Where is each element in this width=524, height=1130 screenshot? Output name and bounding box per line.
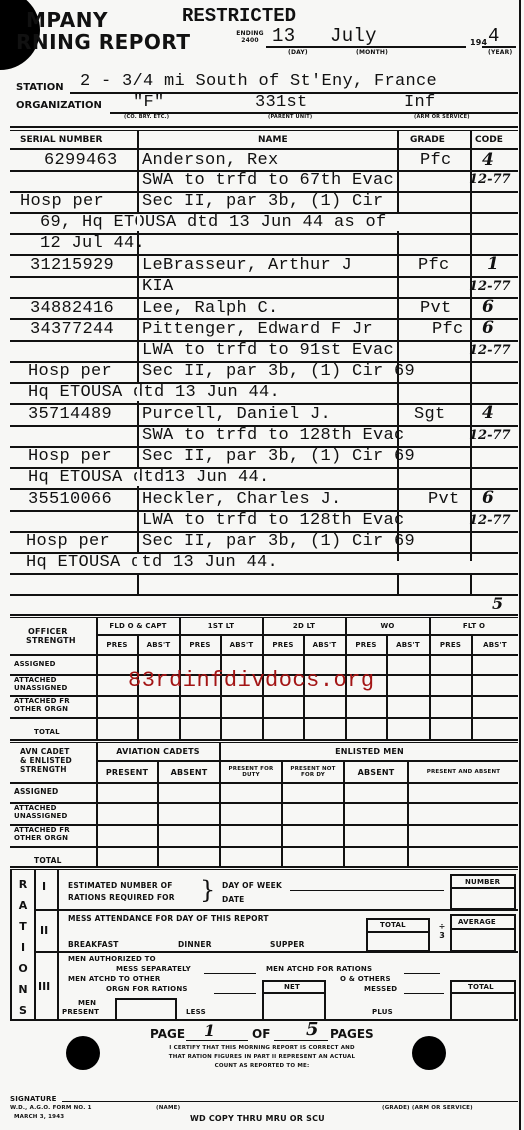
men-atchd-other-line2: ORGN FOR RATIONS bbox=[106, 985, 188, 993]
net-box-rule bbox=[262, 992, 324, 994]
roster-name: Lee, Ralph C. bbox=[142, 299, 279, 318]
officer-top-rule-2 bbox=[10, 617, 518, 618]
roster-col-divider-2b bbox=[397, 574, 399, 594]
roster-grade: Pfc bbox=[418, 256, 450, 275]
officer-row-attached-fr-other-orgn: ATTACHED FR OTHER ORGN bbox=[14, 697, 94, 713]
station-value: 2 - 3/4 mi South of St'Eny, France bbox=[80, 72, 437, 91]
officer-subcol-pres: PRES bbox=[346, 637, 386, 653]
cadet-col-present: PRESENT bbox=[97, 762, 157, 782]
rations-letter: I bbox=[16, 937, 30, 958]
org-caption-arm: (ARM OR SERVICE) bbox=[414, 114, 470, 120]
mess-attendance-title: MESS ATTENDANCE FOR DAY OF THIS REPORT bbox=[68, 914, 269, 923]
roster-remark-left: 12 Jul 44. bbox=[40, 234, 145, 253]
form-number: W.D., A.G.O. FORM NO. 1 bbox=[10, 1105, 92, 1111]
roster-top-rule-2 bbox=[10, 130, 518, 131]
roster-remark-full: 69, Hq ETOUSA dtd 13 Jun 44 as of bbox=[40, 213, 387, 232]
cadet-col-absent: ABSENT bbox=[159, 762, 219, 782]
classification-stamp: RESTRICTED bbox=[182, 5, 296, 27]
enlisted-label-line1: AVN CADET bbox=[20, 747, 72, 756]
ending-label: ENDING 2400 bbox=[236, 30, 264, 44]
grade-caption: (GRADE) (ARM OR SERVICE) bbox=[382, 1105, 473, 1111]
officer-top-rule bbox=[10, 614, 518, 616]
col-code: CODE bbox=[475, 135, 503, 145]
officer-strength-label-1: OFFICER bbox=[28, 627, 68, 636]
roster-name: LeBrasseur, Arthur J bbox=[142, 256, 352, 275]
atchd-rations-line bbox=[404, 973, 440, 974]
total-rations-box-rule bbox=[450, 992, 514, 994]
less-label: LESS bbox=[186, 1008, 206, 1016]
number-box-rule bbox=[450, 887, 514, 889]
men-present-box[interactable] bbox=[115, 998, 177, 1021]
enlisted-col-present-for-duty: PRESENT FOR DUTY bbox=[221, 762, 281, 782]
day-of-week-line bbox=[290, 890, 444, 891]
roster-remark: Sec II, par 3b, (1) Cir 69 bbox=[142, 532, 415, 551]
org-caption-company: (CO. BRY. ETC.) bbox=[124, 114, 169, 120]
year-underline bbox=[482, 46, 516, 48]
officer-subcol-pres: PRES bbox=[263, 637, 303, 653]
roster-remark-full: Hq ETOUSA dtd13 Jun 44. bbox=[28, 468, 270, 487]
enlisted-row-rule bbox=[10, 782, 518, 784]
signature-line[interactable] bbox=[62, 1101, 518, 1102]
officer-row-total: TOTAL bbox=[34, 728, 60, 736]
copy-note: WD COPY THRU MRU OR SCU bbox=[190, 1114, 325, 1123]
organization-label: ORGANIZATION bbox=[16, 100, 102, 111]
roster-remark: Sec II, par 3b, (1) Cir 69 bbox=[142, 362, 415, 381]
roster-code: 12-77 bbox=[469, 428, 511, 443]
roster-name: Anderson, Rex bbox=[142, 151, 279, 170]
roster-remark: KIA bbox=[142, 277, 174, 296]
day-caption: (DAY) bbox=[288, 49, 308, 56]
col-grade: GRADE bbox=[410, 135, 445, 145]
officer-subcol-abst: ABS'T bbox=[387, 637, 429, 653]
roster-code: 12-77 bbox=[469, 172, 511, 187]
supper-label: SUPPER bbox=[270, 940, 305, 949]
gap bbox=[0, 596, 524, 614]
section-numeral-iii: III bbox=[38, 980, 50, 993]
of-label: OF bbox=[252, 1027, 270, 1041]
roster-code: 12-77 bbox=[469, 513, 511, 528]
roster-remark-full: Hq ETOUSA dtd 13 Jun 44. bbox=[26, 553, 278, 572]
roster-serial: 6299463 bbox=[44, 151, 118, 170]
signature-label: SIGNATURE bbox=[10, 1095, 57, 1103]
date-label: DATE bbox=[222, 895, 245, 904]
rations-letter: R bbox=[16, 874, 30, 895]
roster-row-rule bbox=[10, 276, 518, 278]
roster-grade: Pfc bbox=[420, 151, 452, 170]
date-underline bbox=[266, 46, 466, 48]
year-caption: (YEAR) bbox=[488, 49, 512, 56]
officer-row-rule bbox=[10, 654, 518, 656]
officer-bottom-rule bbox=[10, 739, 518, 741]
rations-letter: O bbox=[16, 958, 30, 979]
roster-serial: 34377244 bbox=[30, 320, 114, 339]
enlisted-bottom-rule bbox=[10, 866, 518, 868]
officer-subcol-abst: ABS'T bbox=[221, 637, 262, 653]
roster-grade: Sgt bbox=[414, 405, 446, 424]
enlisted-label-line3: STRENGTH bbox=[20, 765, 72, 774]
rations-estimated-line2: RATIONS REQUIRED FOR bbox=[68, 893, 175, 902]
officer-group-flt-o: FLT O bbox=[430, 619, 518, 633]
dinner-label: DINNER bbox=[178, 940, 212, 949]
roster-header-rule bbox=[10, 148, 518, 150]
officer-row-assigned: ASSIGNED bbox=[14, 660, 56, 668]
section-numeral-ii: II bbox=[40, 924, 48, 937]
roster-code: 4 bbox=[482, 403, 494, 423]
others-messed-line bbox=[404, 993, 444, 994]
net-label: NET bbox=[284, 983, 300, 991]
officer-row-rule bbox=[10, 717, 518, 719]
roster-remark-left: Hosp per bbox=[26, 532, 110, 551]
men-atchd-other-line1: MEN ATCHD TO OTHER bbox=[68, 975, 160, 983]
punch-hole-bottom-right bbox=[412, 1036, 446, 1070]
month-caption: (MONTH) bbox=[356, 49, 388, 56]
roster-col-divider-3b bbox=[470, 574, 472, 594]
officer-strength-label-2: STRENGTH bbox=[26, 636, 76, 645]
page-number: 1 bbox=[204, 1021, 215, 1040]
total-rations-label: TOTAL bbox=[468, 983, 494, 991]
page-label: PAGE bbox=[150, 1027, 185, 1041]
report-month: July bbox=[330, 25, 377, 47]
page-number-line bbox=[186, 1040, 248, 1041]
gap bbox=[137, 469, 140, 486]
roster-code: 6 bbox=[482, 488, 494, 508]
total-label: TOTAL bbox=[380, 921, 406, 929]
enlisted-col-absent: ABSENT bbox=[345, 762, 407, 782]
rations-border-left bbox=[10, 870, 12, 1020]
rations-divider-1 bbox=[34, 870, 36, 1020]
atchd-other-line bbox=[214, 993, 256, 994]
rations-row-rule bbox=[34, 951, 518, 953]
roster-serial: 34882416 bbox=[30, 299, 114, 318]
officer-subcol-abst: ABS'T bbox=[472, 637, 518, 653]
rations-vertical-label: R A T I O N S bbox=[16, 874, 30, 1021]
report-day: 13 bbox=[272, 25, 295, 47]
enlisted-row-rule bbox=[10, 846, 518, 848]
certification-text: I CERTIFY THAT THIS MORNING REPORT IS CO… bbox=[130, 1044, 394, 1071]
officer-grid-line bbox=[96, 634, 518, 636]
men-present-line1: MEN bbox=[78, 999, 96, 1007]
enlisted-col-present-not-for-dy: PRESENT NOT FOR DY bbox=[283, 762, 343, 782]
org-caption-parent: (PARENT UNIT) bbox=[268, 114, 312, 120]
roster-remark: Sec II, par 3b, (1) Cir bbox=[142, 192, 384, 211]
officer-subcol-pres: PRES bbox=[180, 637, 220, 653]
org-parent-unit: 331st bbox=[255, 93, 308, 112]
page-total: 5 bbox=[306, 1019, 319, 1040]
morning-report-form: MPANY RNING REPORT RESTRICTED ENDING 240… bbox=[0, 0, 524, 1130]
roster-code: 4 bbox=[482, 150, 494, 170]
rations-letter: A bbox=[16, 895, 30, 916]
average-label: AVERAGE bbox=[458, 918, 496, 926]
roster-name: Heckler, Charles J. bbox=[142, 490, 342, 509]
org-company: "F" bbox=[133, 93, 165, 112]
form-title-line2: RNING REPORT bbox=[16, 30, 191, 54]
roster-col-divider-1b bbox=[137, 574, 139, 594]
certify-line-3: COUNT AS REPORTED TO ME: bbox=[130, 1062, 394, 1071]
divide-by-3: ÷ 3 bbox=[437, 922, 447, 940]
roster-end-mark-b: 5 bbox=[492, 594, 503, 613]
form-date: MARCH 3, 1943 bbox=[14, 1114, 64, 1120]
men-present-line2: PRESENT bbox=[62, 1008, 99, 1016]
enlisted-men-header: ENLISTED MEN bbox=[221, 744, 518, 759]
certify-line-1: I CERTIFY THAT THIS MORNING REPORT IS CO… bbox=[130, 1044, 394, 1053]
total-box-rule bbox=[366, 931, 428, 933]
roster-remark: LWA to trfd to 91st Evac bbox=[142, 341, 394, 360]
name-caption: (NAME) bbox=[156, 1105, 180, 1111]
roster-code: 1 bbox=[487, 254, 499, 274]
roster-remark: SWA to trfd to 67th Evac bbox=[142, 171, 394, 190]
page-edge-right bbox=[519, 0, 521, 1130]
brace: } bbox=[200, 876, 215, 904]
roster-remark: SWA to trfd to 128th Evac bbox=[142, 426, 405, 445]
roster-serial: 35714489 bbox=[28, 405, 112, 424]
roster-code: 12-77 bbox=[469, 343, 511, 358]
officer-group-wo: WO bbox=[346, 619, 429, 633]
gap bbox=[397, 214, 400, 231]
roster-code: 6 bbox=[482, 318, 494, 338]
men-authorized-line1: MEN AUTHORIZED TO bbox=[68, 955, 156, 963]
roster-code: 6 bbox=[482, 297, 494, 317]
rations-letter: T bbox=[16, 916, 30, 937]
others-messed-line1: O & OTHERS bbox=[340, 975, 391, 983]
roster-remark-left: Hosp per bbox=[20, 192, 104, 211]
day-of-week-label: DAY OF WEEK bbox=[222, 881, 282, 890]
roster-remark-left: Hosp per bbox=[28, 362, 112, 381]
enlisted-row-attached-fr-other-orgn: ATTACHED FR OTHER ORGN bbox=[14, 826, 94, 842]
report-year: 4 bbox=[488, 25, 500, 47]
gap bbox=[135, 575, 524, 593]
gap bbox=[137, 554, 140, 571]
rations-estimated-line1: ESTIMATED NUMBER OF bbox=[68, 881, 173, 890]
station-label: STATION bbox=[16, 82, 64, 93]
rations-letter: N bbox=[16, 979, 30, 1000]
plus-label: PLUS bbox=[372, 1008, 393, 1016]
form-title-line1: MPANY bbox=[26, 8, 108, 32]
gap bbox=[137, 384, 140, 401]
officer-subcol-abst: ABS'T bbox=[304, 637, 345, 653]
others-messed-line2: MESSED bbox=[364, 985, 397, 993]
roster-remark: Sec II, par 3b, (1) Cir 69 bbox=[142, 447, 415, 466]
rations-divider-2 bbox=[57, 870, 59, 1020]
men-atchd-for-rations: MEN ATCHD FOR RATIONS bbox=[266, 965, 372, 973]
officer-subcol-pres: PRES bbox=[430, 637, 471, 653]
enlisted-row-total: TOTAL bbox=[34, 856, 62, 865]
section-numeral-i: I bbox=[42, 880, 46, 893]
officer-bottom-rule-2 bbox=[10, 742, 518, 743]
roster-code: 12-77 bbox=[469, 279, 511, 294]
roster-grade: Pvt bbox=[428, 490, 460, 509]
officer-subcol-pres: PRES bbox=[97, 637, 137, 653]
mess-separately-line bbox=[204, 973, 256, 974]
enlisted-col-present-and-absent: PRESENT AND ABSENT bbox=[409, 762, 518, 782]
enlisted-strength-label: AVN CADET & ENLISTED STRENGTH bbox=[20, 747, 72, 774]
enlisted-row-attached-unassigned: ATTACHED UNASSIGNED bbox=[14, 804, 94, 820]
roster-col-divider-1 bbox=[137, 131, 139, 561]
number-label: NUMBER bbox=[465, 878, 500, 886]
roster-remark-full: Hq ETOUSA dtd 13 Jun 44. bbox=[28, 383, 280, 402]
average-box-rule bbox=[450, 928, 514, 930]
col-serial-number: SERIAL NUMBER bbox=[20, 135, 102, 145]
roster-serial: 35510066 bbox=[28, 490, 112, 509]
officer-group-1st-lt: 1ST LT bbox=[180, 619, 262, 633]
punch-hole-bottom-left bbox=[66, 1036, 100, 1070]
watermark: 83rdinfdivdocs.org bbox=[128, 668, 375, 693]
roster-remark: LWA to trfd to 128th Evac bbox=[142, 511, 405, 530]
gap bbox=[137, 214, 140, 231]
roster-top-rule bbox=[10, 126, 518, 128]
pages-label: PAGES bbox=[330, 1027, 374, 1041]
breakfast-label: BREAKFAST bbox=[68, 940, 119, 949]
org-arm-service: Inf bbox=[404, 93, 436, 112]
officer-subcol-abst: ABS'T bbox=[138, 637, 179, 653]
rations-letter: S bbox=[16, 1000, 30, 1021]
enlisted-row-assigned: ASSIGNED bbox=[14, 787, 58, 796]
roster-remark-left: Hosp per bbox=[28, 447, 112, 466]
officer-row-attached-unassigned: ATTACHED UNASSIGNED bbox=[14, 676, 94, 692]
men-authorized-line2: MESS SEPARATELY bbox=[116, 965, 191, 973]
roster-grade: Pfc bbox=[432, 320, 464, 339]
roster-name: Pittenger, Edward F Jr bbox=[142, 320, 373, 339]
certify-line-2: THAT RATION FIGURES IN PART II REPRESENT… bbox=[130, 1053, 394, 1062]
aviation-cadets-header: AVIATION CADETS bbox=[97, 744, 219, 759]
officer-group-2d-lt: 2D LT bbox=[263, 619, 345, 633]
col-name: NAME bbox=[258, 135, 288, 145]
roster-name: Purcell, Daniel J. bbox=[142, 405, 331, 424]
enlisted-bottom-rule-2 bbox=[10, 869, 518, 870]
enlisted-label-line2: & ENLISTED bbox=[20, 756, 72, 765]
roster-col-divider-2 bbox=[397, 131, 399, 561]
roster-grade: Pvt bbox=[420, 299, 452, 318]
rations-row-rule bbox=[34, 909, 518, 911]
roster-serial: 31215929 bbox=[30, 256, 114, 275]
page-total-line bbox=[274, 1040, 328, 1041]
officer-group-fld-o-capt: FLD O & CAPT bbox=[97, 619, 179, 633]
